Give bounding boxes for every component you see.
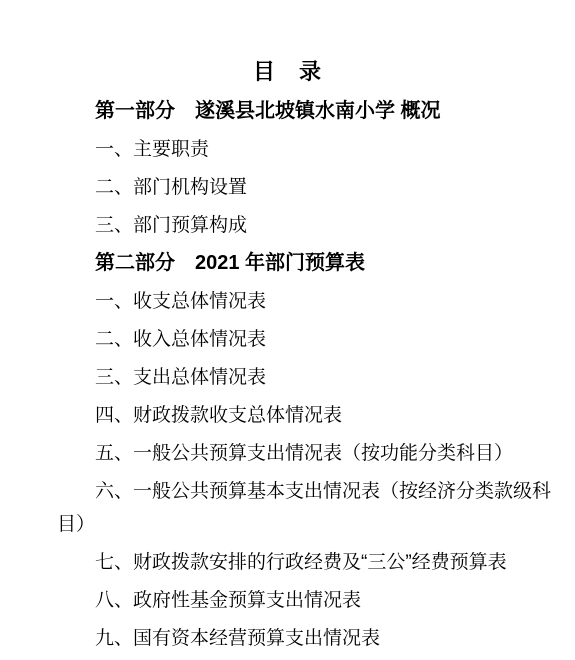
toc-entry: 四、财政拨款收支总体情况表 <box>57 399 557 432</box>
table-of-contents: 第一部分 遂溪县北坡镇水南小学 概况 一、主要职责 二、部门机构设置 三、部门预… <box>0 95 575 655</box>
toc-entry: 九、国有资本经营预算支出情况表 <box>57 622 557 655</box>
toc-section-heading-part2: 第二部分 2021 年部门预算表 <box>57 247 557 280</box>
document-page: 目 录 第一部分 遂溪县北坡镇水南小学 概况 一、主要职责 二、部门机构设置 三… <box>0 0 575 660</box>
toc-entry: 三、支出总体情况表 <box>57 361 557 394</box>
toc-entry: 二、收入总体情况表 <box>57 323 557 356</box>
toc-entry: 二、部门机构设置 <box>57 171 557 204</box>
toc-section-heading-part1: 第一部分 遂溪县北坡镇水南小学 概况 <box>57 95 557 128</box>
toc-entry: 三、部门预算构成 <box>57 209 557 242</box>
toc-entry: 六、一般公共预算基本支出情况表（按经济分类款级科目） <box>57 475 557 541</box>
toc-title: 目 录 <box>0 57 575 87</box>
toc-entry: 七、财政拨款安排的行政经费及“三公”经费预算表 <box>57 546 557 579</box>
toc-entry: 一、收支总体情况表 <box>57 285 557 318</box>
toc-entry: 五、一般公共预算支出情况表（按功能分类科目） <box>57 437 557 470</box>
toc-entry: 一、主要职责 <box>57 133 557 166</box>
toc-entry: 八、政府性基金预算支出情况表 <box>57 584 557 617</box>
